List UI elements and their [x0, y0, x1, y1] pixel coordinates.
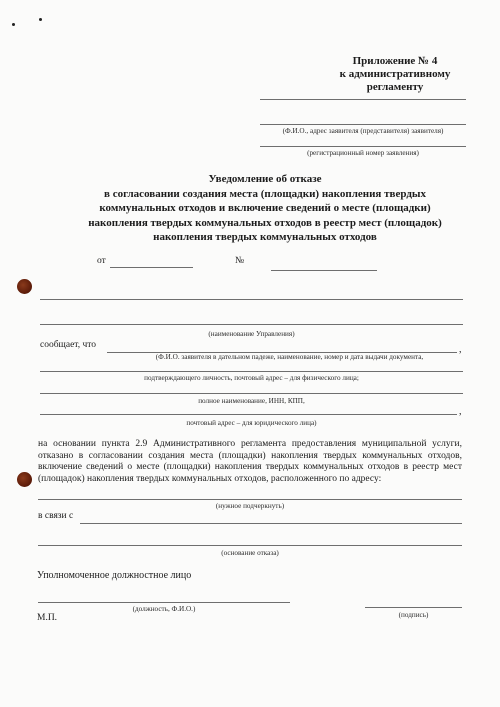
comma: ,	[459, 406, 462, 417]
title-line: Уведомление об отказе	[60, 172, 470, 187]
reason-field-line-1[interactable]	[80, 523, 462, 524]
number-label: №	[235, 256, 244, 266]
applicant-body-line-3[interactable]	[40, 393, 463, 394]
scan-speck	[39, 18, 42, 21]
appendix-line: Приложение № 4	[310, 55, 480, 68]
signature-caption: (подпись)	[365, 611, 462, 619]
date-from-label: от	[97, 256, 106, 266]
number-field-line[interactable]	[271, 270, 377, 271]
title-line: коммунальных отходов и включение сведени…	[60, 201, 470, 216]
position-field-line[interactable]	[38, 602, 290, 603]
regnum-caption: (регистрационный номер заявления)	[260, 149, 466, 157]
applicant-body-line-2[interactable]	[40, 371, 463, 372]
reason-caption: (основание отказа)	[38, 549, 462, 557]
authority-field-line-1[interactable]	[40, 299, 463, 300]
signature-field-line[interactable]	[365, 607, 462, 608]
appendix-line: регламенту	[310, 81, 480, 94]
official-label: Уполномоченное должностное лицо	[37, 570, 191, 581]
authority-caption: (наименование Управления)	[40, 330, 463, 338]
applicant-body-caption-4: почтовый адрес – для юридического лица)	[40, 419, 463, 427]
scan-speck	[12, 23, 15, 26]
seal-label: М.П.	[37, 613, 57, 623]
applicant-body-line-4[interactable]	[40, 414, 457, 415]
punch-hole-icon	[17, 472, 32, 487]
address-field-line[interactable]	[38, 499, 462, 500]
reports-label: сообщает, что	[40, 340, 96, 350]
due-to-label: в связи с	[38, 511, 73, 521]
applicant-caption: (Ф.И.О., адрес заявителя (представителя)…	[260, 127, 466, 135]
refusal-paragraph: на основании пункта 2.9 Административног…	[38, 439, 462, 486]
applicant-body-caption-2: подтверждающего личность, почтовый адрес…	[40, 374, 463, 382]
date-field-line[interactable]	[110, 267, 193, 268]
punch-hole-icon	[17, 279, 32, 294]
appendix-heading: Приложение № 4 к административному регла…	[310, 55, 480, 94]
regnum-field-line[interactable]	[260, 146, 466, 147]
title-line: накопления твердых коммунальных отходов …	[60, 216, 470, 231]
title-line: накопления твердых коммунальных отходов	[60, 230, 470, 245]
position-caption: (должность, Ф.И.О.)	[38, 605, 290, 613]
applicant-field-line-2[interactable]	[260, 124, 466, 125]
applicant-body-caption-3: полное наименование, ИНН, КПП,	[40, 397, 463, 405]
applicant-field-line-1[interactable]	[260, 99, 466, 100]
reason-field-line-2[interactable]	[38, 545, 462, 546]
underline-caption: (нужное подчеркнуть)	[38, 502, 462, 510]
applicant-body-caption-1: (Ф.И.О. заявителя в дательном падеже, на…	[107, 353, 472, 361]
appendix-line: к административному	[310, 68, 480, 81]
title-line: в согласовании создания места (площадки)…	[60, 187, 470, 202]
document-title: Уведомление об отказе в согласовании соз…	[60, 172, 470, 245]
authority-field-line-2[interactable]	[40, 324, 463, 325]
